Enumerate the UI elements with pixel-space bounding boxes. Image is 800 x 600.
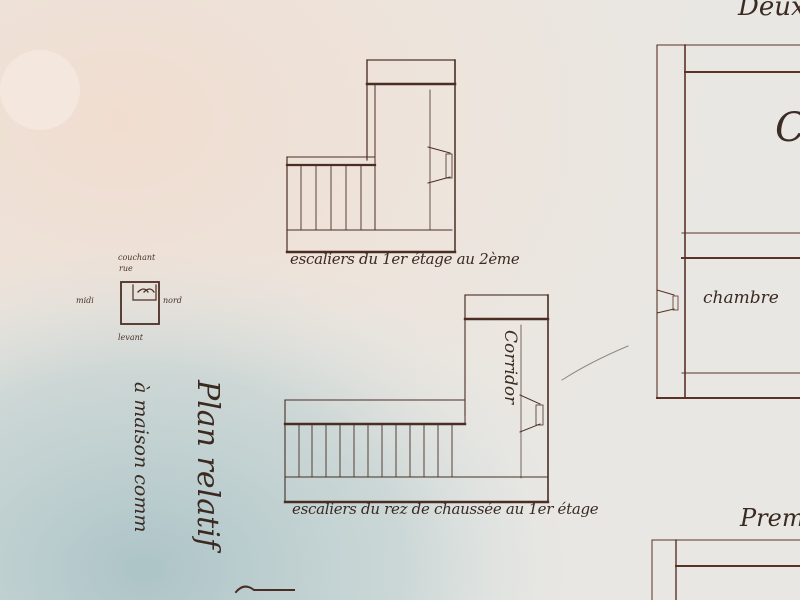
upper-stair-caption: escaliers du 1er étage au 2ème (290, 252, 519, 267)
header-deux: Deux (738, 0, 800, 20)
corridor-label: Corridor (501, 330, 518, 404)
compass-north-sub: rue (119, 265, 133, 273)
side-title-line2: à maison comm (131, 382, 150, 532)
large-letter: C (775, 108, 800, 148)
chambre-label: chambre (703, 290, 779, 307)
compass-east: nord (163, 297, 182, 305)
lower-stair-caption: escaliers du rez de chaussée au 1er étag… (292, 502, 598, 517)
side-title-line1: Plan relatif (192, 380, 222, 549)
compass-north: couchant (118, 254, 155, 262)
floor-plan-sheet: Deux Prem escaliers du 1er étage au 2ème… (0, 0, 800, 600)
header-premier: Prem (740, 506, 800, 530)
compass-south: levant (118, 334, 143, 342)
compass-west: midi (76, 297, 94, 305)
